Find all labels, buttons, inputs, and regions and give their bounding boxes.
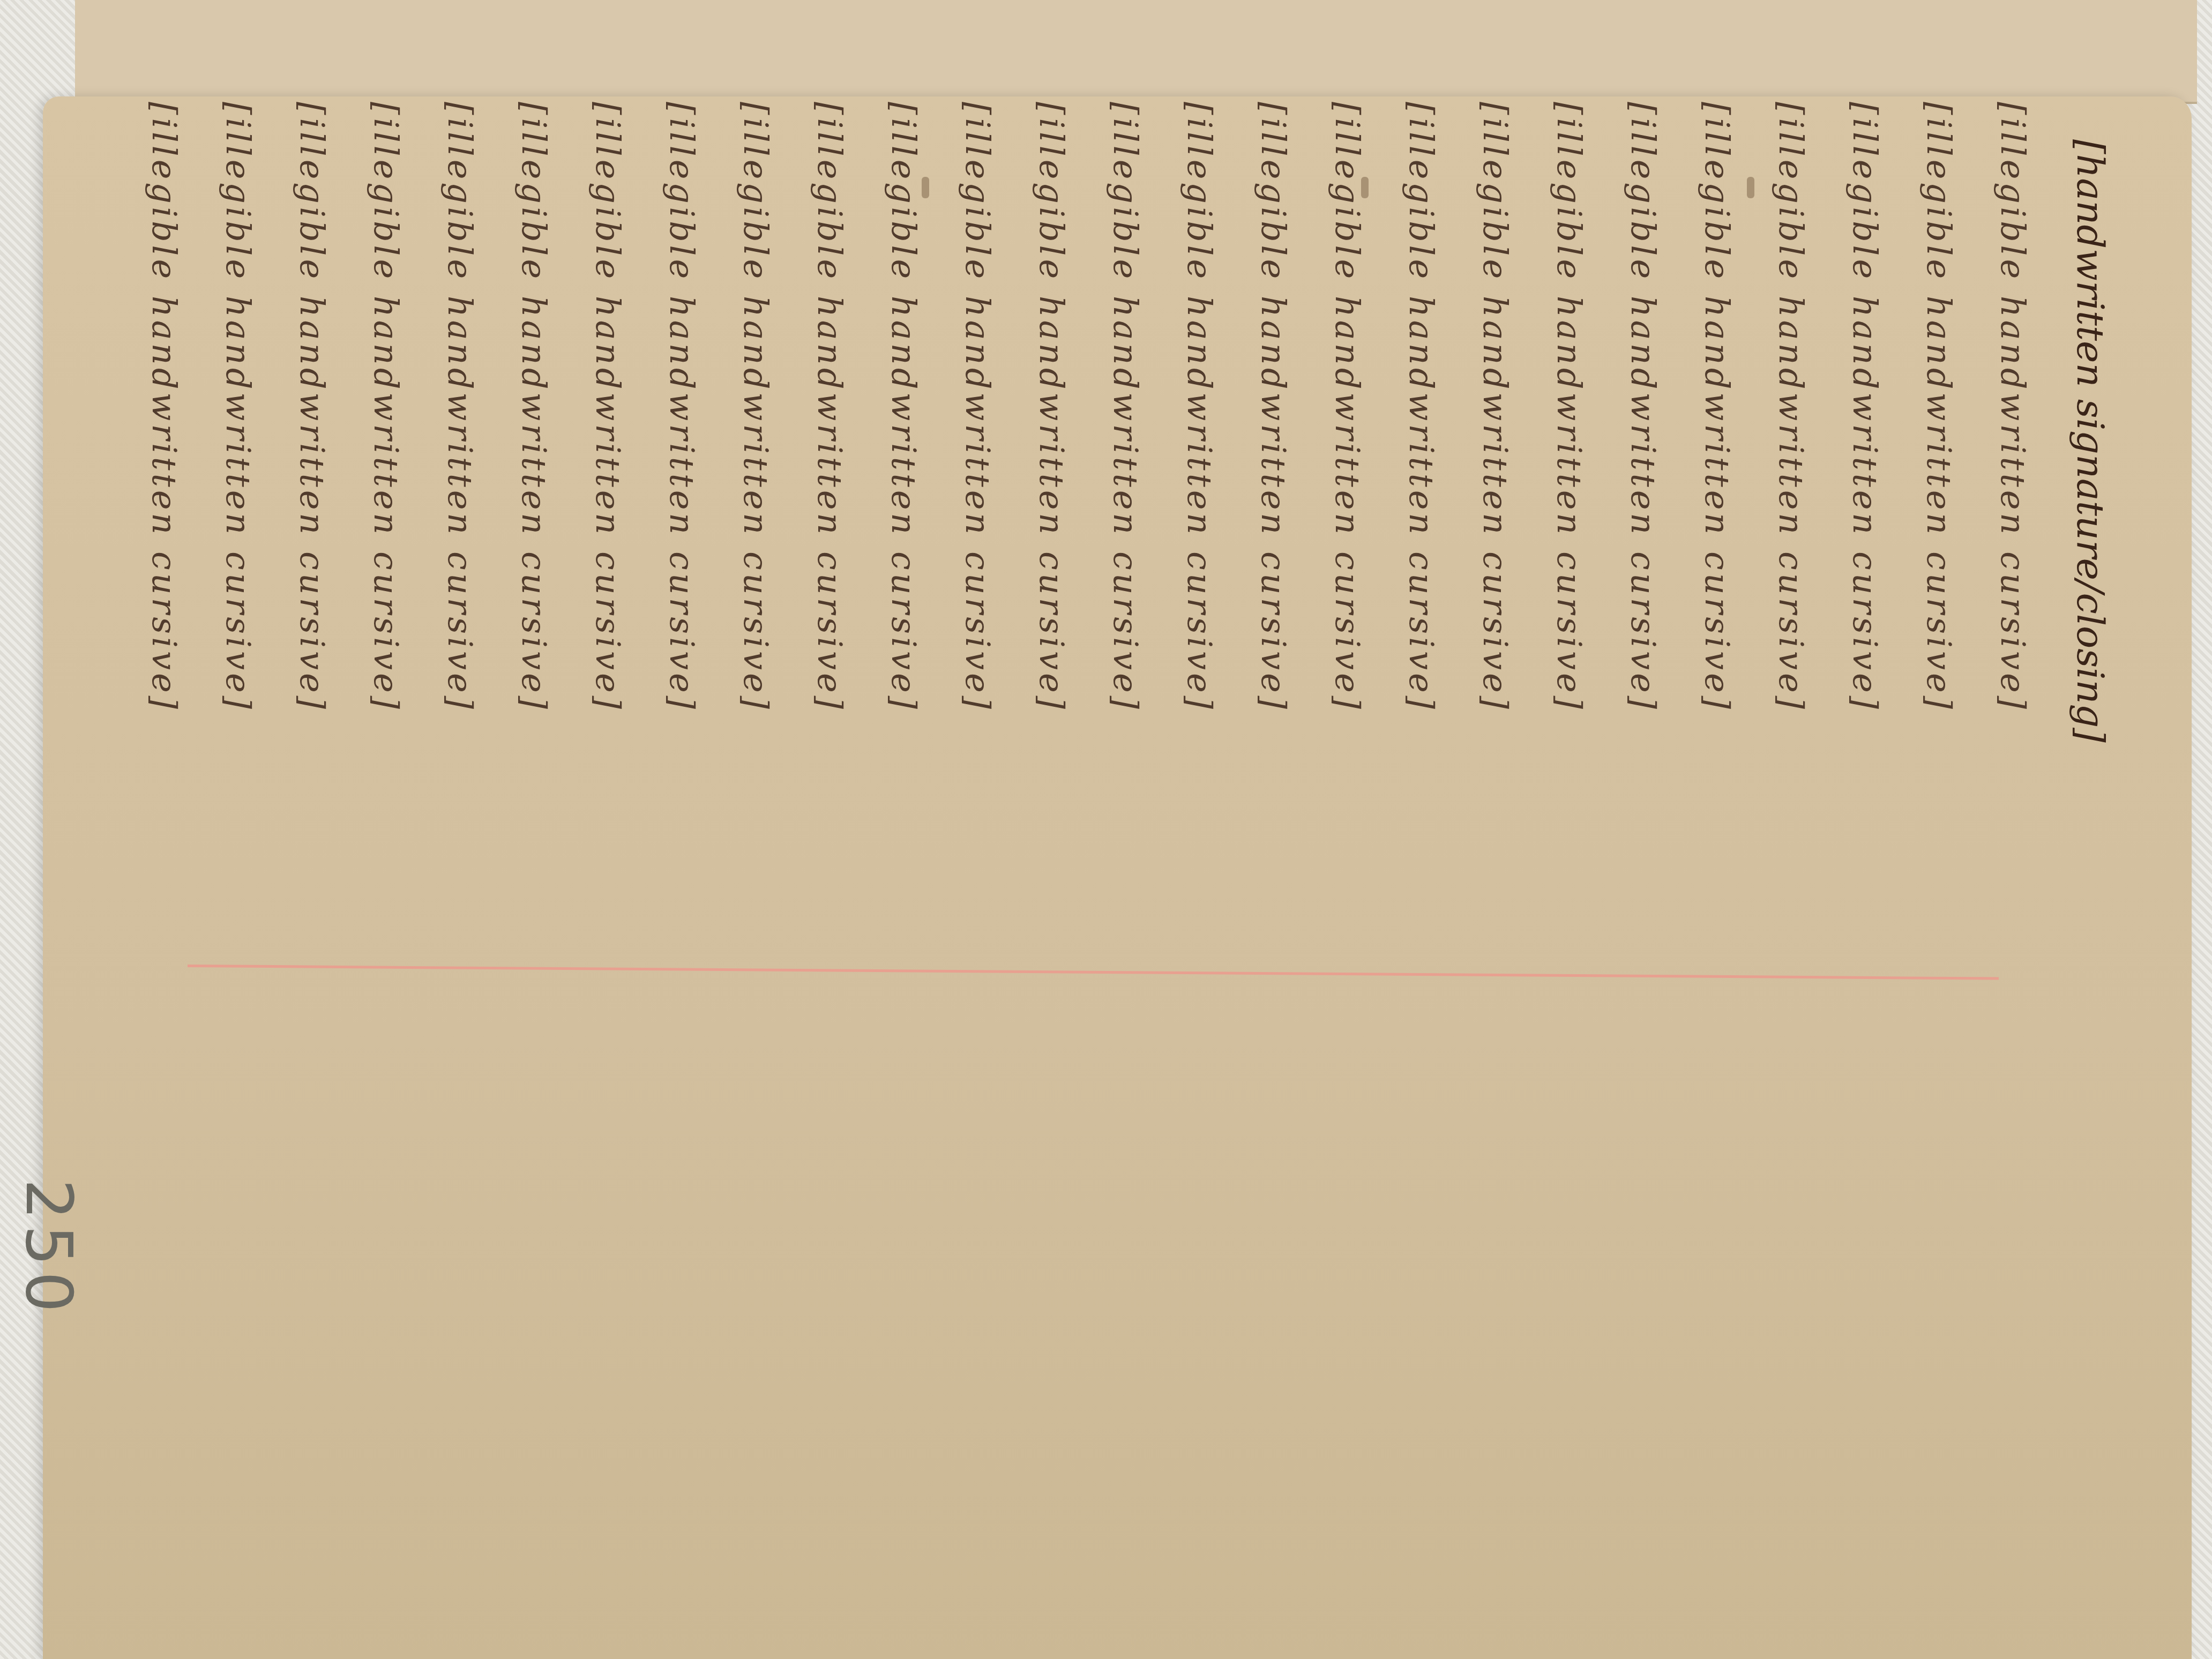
handwritten-line: [illegible handwritten cursive] (810, 102, 858, 959)
facing-page-edge (75, 0, 2197, 104)
handwritten-line-text: [illegible handwritten cursive] (736, 102, 775, 712)
handwritten-line: [illegible handwritten cursive] (440, 102, 489, 959)
handwritten-line-text: [illegible handwritten cursive] (1254, 102, 1293, 712)
handwritten-line-text: [illegible handwritten cursive] (367, 102, 406, 712)
handwritten-line-text: [illegible handwritten cursive] (1845, 102, 1885, 712)
handwritten-line-text: [illegible handwritten cursive] (588, 102, 627, 712)
handwritten-line-text: [illegible handwritten cursive] (810, 102, 849, 712)
handwritten-line-text: [illegible handwritten cursive] (1919, 102, 1959, 712)
handwritten-line: [illegible handwritten cursive] (1476, 102, 1524, 959)
handwritten-line-text: [illegible handwritten cursive] (1180, 102, 1219, 712)
closing-signature: [handwritten signature/closing] (2068, 139, 2112, 743)
handwritten-line-text: [illegible handwritten cursive] (1993, 102, 2032, 712)
handwritten-line: [illegible handwritten cursive] (662, 102, 711, 959)
handwritten-line: [illegible handwritten cursive] (1698, 102, 1746, 959)
handwritten-line: [illegible handwritten cursive] (1254, 102, 1302, 959)
handwritten-line-text: [illegible handwritten cursive] (884, 102, 923, 712)
handwritten-line: [illegible handwritten cursive] (1106, 102, 1154, 959)
handwritten-line: [illegible handwritten cursive] (1772, 102, 1820, 959)
handwritten-line: [illegible handwritten cursive] (367, 102, 415, 959)
handwritten-line: [illegible handwritten cursive] (1328, 102, 1376, 959)
handwritten-line-text: [illegible handwritten cursive] (440, 102, 480, 712)
handwritten-line-text: [illegible handwritten cursive] (145, 102, 184, 712)
handwritten-line: [illegible handwritten cursive] (145, 102, 193, 959)
handwritten-line: [illegible handwritten cursive] (1624, 102, 1672, 959)
handwritten-line-text: [illegible handwritten cursive] (1624, 102, 1663, 712)
handwritten-line: [illegible handwritten cursive] (293, 102, 341, 959)
handwritten-line-text: [illegible handwritten cursive] (219, 102, 258, 712)
handwritten-line-text: [illegible handwritten cursive] (1402, 102, 1441, 712)
handwritten-text-block: [illegible handwritten cursive][illegibl… (145, 102, 2127, 981)
handwritten-line: [illegible handwritten cursive] (1919, 102, 1968, 959)
handwritten-line: [illegible handwritten cursive] (958, 102, 1006, 959)
handwritten-line: [illegible handwritten cursive] (1032, 102, 1080, 959)
handwritten-line-text: [illegible handwritten cursive] (1698, 102, 1737, 712)
handwritten-line: [illegible handwritten cursive] (736, 102, 784, 959)
handwritten-line-text: [illegible handwritten cursive] (1032, 102, 1071, 712)
handwritten-line-text: [illegible handwritten cursive] (662, 102, 701, 712)
handwritten-line: [illegible handwritten cursive] (1402, 102, 1450, 959)
handwritten-line: [illegible handwritten cursive] (1550, 102, 1598, 959)
handwritten-line: [illegible handwritten cursive] (219, 102, 267, 959)
handwritten-line-text: [illegible handwritten cursive] (514, 102, 554, 712)
handwritten-line-text: [illegible handwritten cursive] (1550, 102, 1589, 712)
handwritten-line: [illegible handwritten cursive] (884, 102, 932, 959)
handwritten-line-text: [illegible handwritten cursive] (1772, 102, 1811, 712)
handwritten-line: [illegible handwritten cursive] (1180, 102, 1228, 959)
handwritten-line-text: [illegible handwritten cursive] (958, 102, 997, 712)
handwritten-line: [illegible handwritten cursive] (588, 102, 637, 959)
handwritten-line-text: [illegible handwritten cursive] (1476, 102, 1515, 712)
handwritten-line-text: [illegible handwritten cursive] (1328, 102, 1367, 712)
handwritten-line-text: [illegible handwritten cursive] (1106, 102, 1145, 712)
handwritten-line-text: [illegible handwritten cursive] (293, 102, 332, 712)
page-number: 250 (11, 1179, 86, 1318)
handwritten-line: [illegible handwritten cursive] (514, 102, 563, 959)
handwritten-line: [illegible handwritten cursive] (1845, 102, 1894, 959)
handwritten-line: [illegible handwritten cursive] (1993, 102, 2042, 959)
